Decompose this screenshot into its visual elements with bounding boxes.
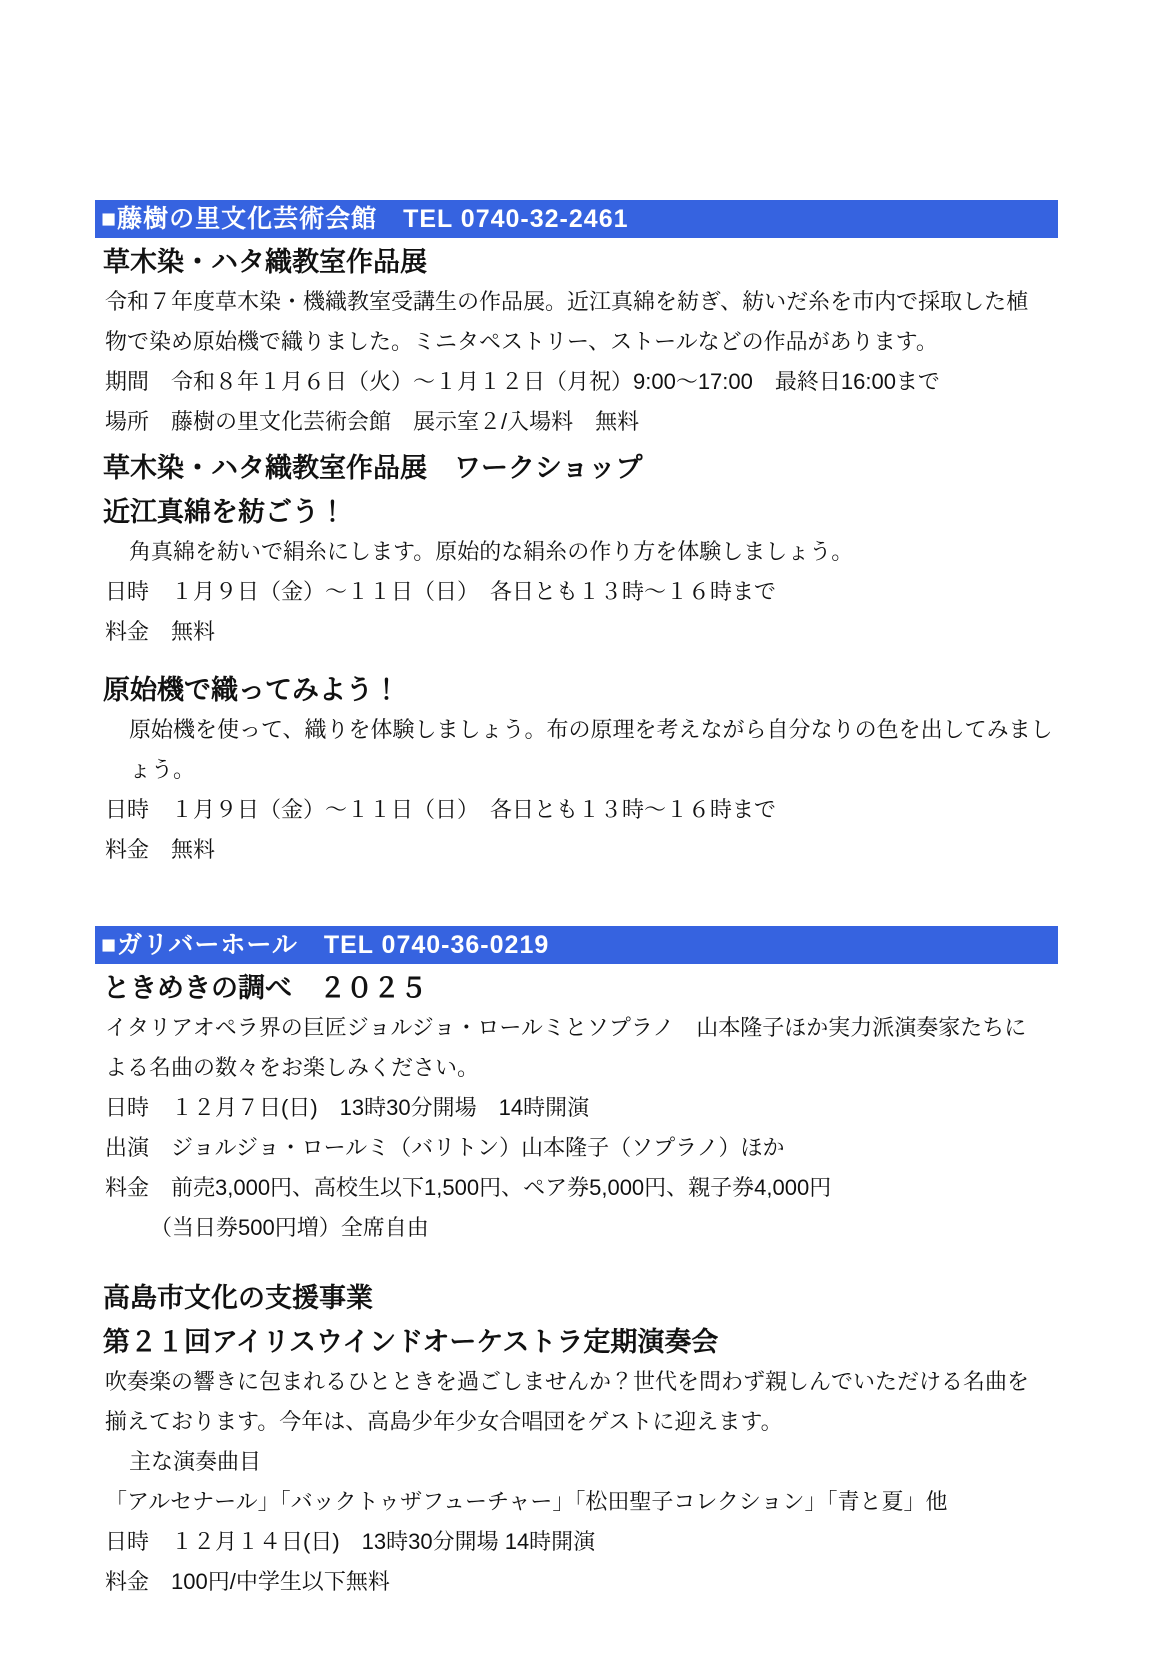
concert1-title: ときめきの調べ ２０２５ bbox=[95, 968, 1058, 1008]
concert2-program: 「アルセナール」「バックトゥザフューチャー」「松田聖子コレクション」「青と夏」他 bbox=[95, 1482, 1040, 1522]
concert1-datetime: 日時 １２月７日(日) 13時30分開場 14時開演 bbox=[95, 1088, 1040, 1128]
workshop1-datetime: 日時 １月９日（金）～１１日（日） 各日とも１３時～１６時まで bbox=[95, 572, 1040, 612]
concert1-cast: 出演 ジョルジョ・ロールミ（バリトン）山本隆子（ソプラノ）ほか bbox=[95, 1128, 1040, 1168]
workshop1-fee: 料金 無料 bbox=[95, 612, 1040, 652]
document-content: ■藤樹の里文化芸術会館 TEL 0740-32-2461 草木染・ハタ織教室作品… bbox=[95, 200, 1058, 1602]
concert2-fee: 料金 100円/中学生以下無料 bbox=[95, 1562, 1040, 1602]
concert1-description: イタリアオペラ界の巨匠ジョルジョ・ロールミとソプラノ 山本隆子ほか実力派演奏家た… bbox=[95, 1008, 1040, 1088]
workshop1-description: 角真綿を紡いで絹糸にします。原始的な絹糸の作り方を体験しましょう。 bbox=[95, 532, 1064, 572]
workshop2-datetime: 日時 １月９日（金）～１１日（日） 各日とも１３時～１６時まで bbox=[95, 790, 1040, 830]
exhibit-period: 期間 令和８年１月６日（火）～１月１２日（月祝）9:00～17:00 最終日16… bbox=[95, 362, 1040, 402]
section-header-gulliver-hall: ■ガリバーホール TEL 0740-36-0219 bbox=[95, 926, 1058, 964]
section-header-tojyu-hall: ■藤樹の里文化芸術会館 TEL 0740-32-2461 bbox=[95, 200, 1058, 238]
document-page: ■藤樹の里文化芸術会館 TEL 0740-32-2461 草木染・ハタ織教室作品… bbox=[0, 0, 1165, 1653]
exhibit-place: 場所 藤樹の里文化芸術会館 展示室２/入場料 無料 bbox=[95, 402, 1040, 442]
concert2-program-label: 主な演奏曲目 bbox=[95, 1442, 1064, 1482]
workshop1-title: 近江真綿を紡ごう！ bbox=[95, 492, 1058, 532]
workshop2-title: 原始機で織ってみよう！ bbox=[95, 670, 1058, 710]
concert1-fee-line2: （当日券500円増）全席自由 bbox=[95, 1208, 1085, 1248]
workshop2-description: 原始機を使って、織りを体験しましょう。布の原理を考えながら自分なりの色を出してみ… bbox=[95, 710, 1064, 790]
concert2-title: 第２１回アイリスウインドオーケストラ定期演奏会 bbox=[95, 1322, 1058, 1362]
concert2-description: 吹奏楽の響きに包まれるひとときを過ごしませんか？世代を問わず親しんでいただける名… bbox=[95, 1362, 1040, 1442]
concert2-datetime: 日時 １２月１４日(日) 13時30分開場 14時開演 bbox=[95, 1522, 1040, 1562]
workshop2-fee: 料金 無料 bbox=[95, 830, 1040, 870]
workshop-title: 草木染・ハタ織教室作品展 ワークショップ bbox=[95, 448, 1058, 488]
concert1-fee-line1: 料金 前売3,000円、高校生以下1,500円、ペア券5,000円、親子券4,0… bbox=[95, 1168, 1040, 1208]
concert2-program-name: 高島市文化の支援事業 bbox=[95, 1278, 1058, 1318]
exhibit-title: 草木染・ハタ織教室作品展 bbox=[95, 242, 1058, 282]
exhibit-description: 令和７年度草木染・機織教室受講生の作品展。近江真綿を紡ぎ、紡いだ糸を市内で採取し… bbox=[95, 282, 1040, 362]
